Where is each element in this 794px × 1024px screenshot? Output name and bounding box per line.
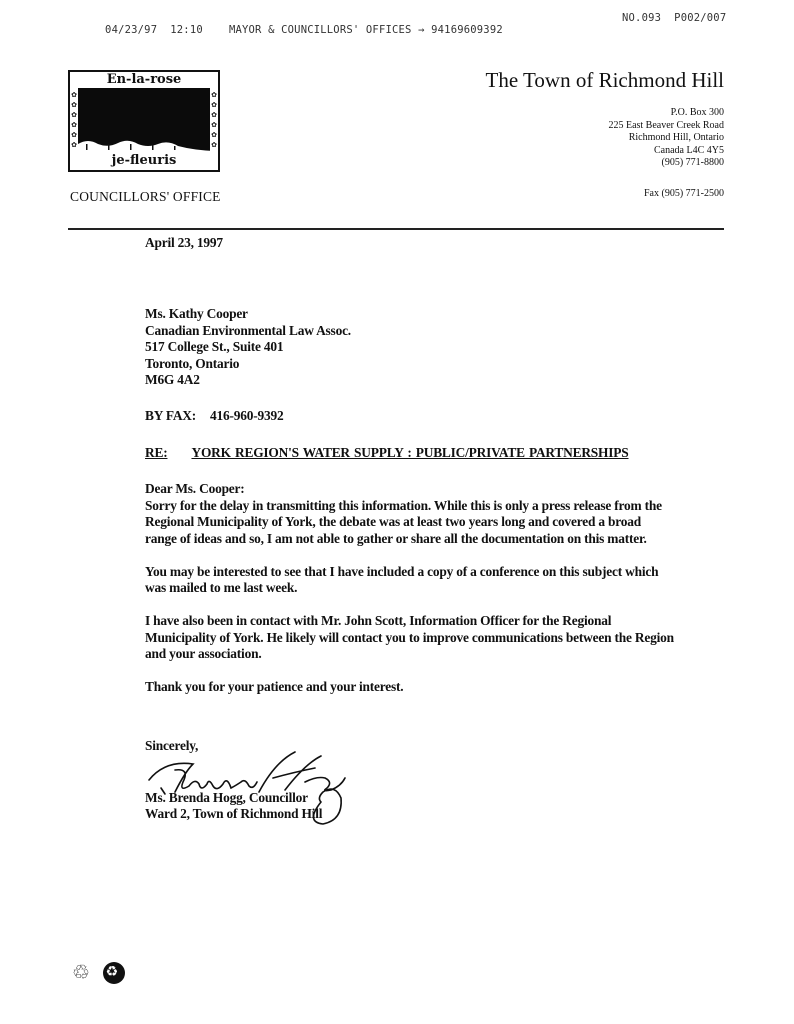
town-name: The Town of Richmond Hill	[486, 68, 724, 93]
paragraph: Sorry for the delay in transmitting this…	[145, 498, 675, 548]
address-line: Canada L4C 4Y5	[608, 145, 724, 158]
paragraph: I have also been in contact with Mr. Joh…	[145, 613, 675, 663]
letterhead-divider	[68, 228, 724, 230]
flower-border-icon: ✿✿✿✿✿✿	[70, 90, 78, 152]
signer-block: Ms. Brenda Hogg, Councillor Ward 2, Town…	[145, 790, 322, 822]
logo-motto-top: En-la-rose	[70, 72, 218, 88]
signer-ward: Ward 2, Town of Richmond Hill	[145, 806, 322, 822]
by-fax-label: BY FAX:	[145, 408, 196, 423]
paragraph: You may be interested to see that I have…	[145, 564, 675, 597]
phone-number: (905) 771-8800	[608, 157, 724, 170]
town-address: P.O. Box 300 225 East Beaver Creek Road …	[608, 107, 724, 170]
town-crest-logo: En-la-rose ✿✿✿✿✿✿ ✿✿✿✿✿✿ je-fleuris	[68, 70, 220, 172]
subject-text: YORK REGION'S WATER SUPPLY : PUBLIC/PRIV…	[191, 445, 628, 460]
fax-number: Fax (905) 771-2500	[644, 188, 724, 199]
recipient-name: Ms. Kathy Cooper	[145, 306, 351, 323]
recipient-street: 517 College St., Suite 401	[145, 339, 351, 356]
recipient-organization: Canadian Environmental Law Assoc.	[145, 323, 351, 340]
address-line: Richmond Hill, Ontario	[608, 132, 724, 145]
fax-transmission-header: 04/23/97 12:10 MAYOR & COUNCILLORS' OFFI…	[92, 12, 742, 48]
recycle-outline-icon: ♲	[72, 962, 94, 984]
fax-header-page: NO.093 P002/007	[622, 12, 726, 24]
by-fax-number: 416-960-9392	[210, 408, 283, 423]
recycle-marks: ♲ ♻	[72, 960, 125, 985]
recipient-address: Ms. Kathy Cooper Canadian Environmental …	[145, 306, 351, 389]
salutation: Dear Ms. Cooper:	[145, 481, 675, 498]
address-line: P.O. Box 300	[608, 107, 724, 120]
subject-line: RE:YORK REGION'S WATER SUPPLY : PUBLIC/P…	[145, 445, 665, 462]
flower-border-icon: ✿✿✿✿✿✿	[210, 90, 218, 152]
subject-prefix: RE:	[145, 445, 167, 460]
letter-body: Dear Ms. Cooper: Sorry for the delay in …	[145, 481, 675, 712]
recipient-city: Toronto, Ontario	[145, 356, 351, 373]
by-fax-line: BY FAX:416-960-9392	[145, 408, 284, 425]
logo-motto-bottom: je-fleuris	[70, 153, 218, 169]
letter-date: April 23, 1997	[145, 235, 223, 252]
fax-header-left: 04/23/97 12:10 MAYOR & COUNCILLORS' OFFI…	[105, 24, 503, 36]
logo-hills-icon	[78, 138, 214, 152]
address-line: 225 East Beaver Creek Road	[608, 120, 724, 133]
paragraph: Thank you for your patience and your int…	[145, 679, 675, 696]
recycle-solid-icon: ♻	[103, 962, 125, 984]
office-label: COUNCILLORS' OFFICE	[70, 189, 221, 205]
recipient-postal-code: M6G 4A2	[145, 372, 351, 389]
signer-name: Ms. Brenda Hogg, Councillor	[145, 790, 322, 806]
